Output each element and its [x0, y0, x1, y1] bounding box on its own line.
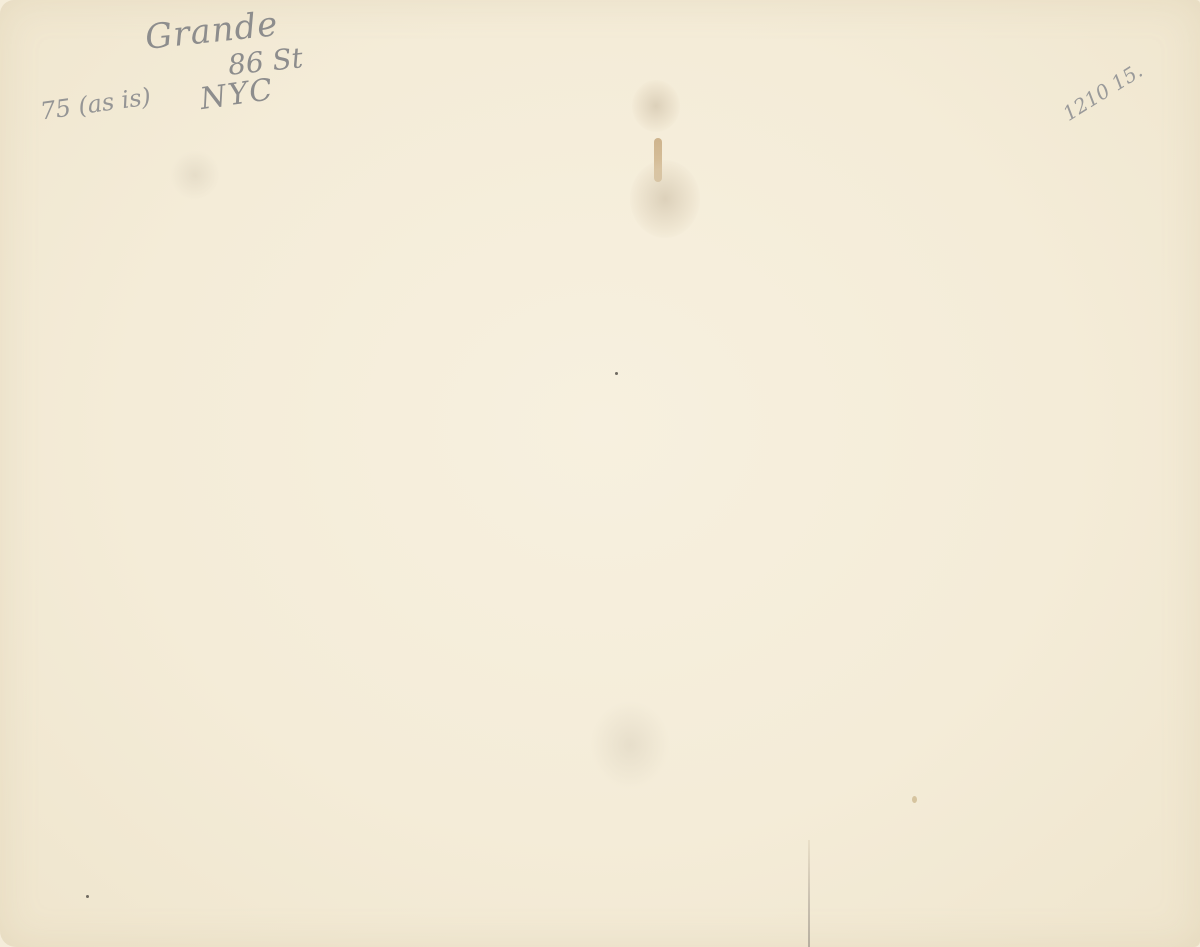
handwritten-catalog-code: 1210 15. [1059, 60, 1145, 124]
glue-stain-top [632, 80, 680, 132]
photo-back-paper: Grande 86 St NYC 75 (as is) 1210 15. [0, 0, 1200, 947]
speck [912, 796, 917, 803]
paper-crease [808, 840, 810, 947]
handwritten-city: NYC [198, 75, 276, 115]
paper-edge-shading [0, 0, 1200, 947]
speck [86, 895, 89, 898]
glue-stain-bottom [630, 160, 700, 238]
smudge-mark [590, 700, 670, 790]
handwritten-price-note: 75 (as is) [39, 84, 152, 123]
speck [615, 372, 618, 375]
smudge-mark [170, 150, 220, 200]
